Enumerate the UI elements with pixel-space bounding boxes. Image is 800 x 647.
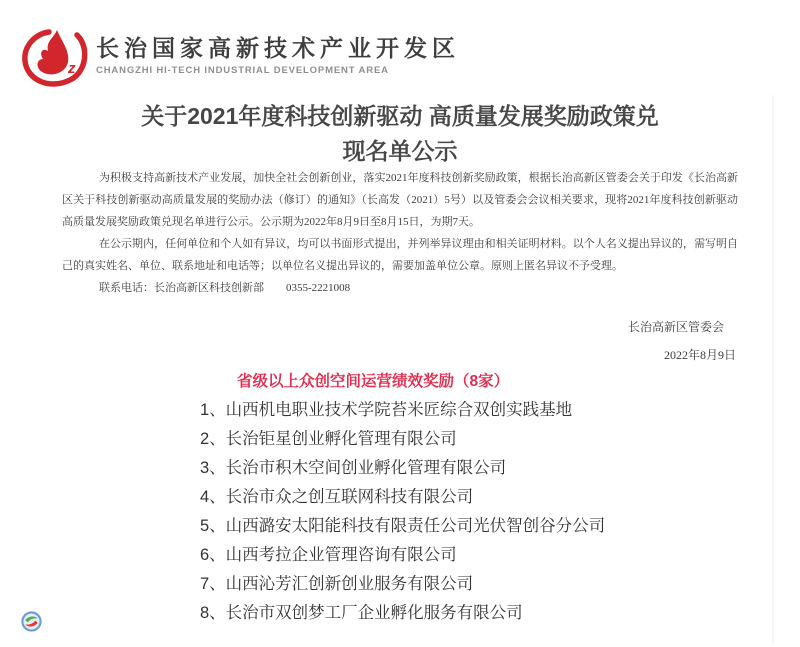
org-name-cn: 长治国家高新技术产业开发区 [96,35,460,61]
award-section-heading: 省级以上众创空间运营绩效奖励（8家） [237,369,509,391]
brand-logo-icon: z [18,26,90,90]
award-list-item: 1、山西机电职业技术学院苔米匠综合双创实践基地 [200,396,605,425]
notice-page: z 长治国家高新技术产业开发区 CHANGZHI HI-TECH INDUSTR… [0,0,800,647]
award-list-item: 4、长治市众之创互联网科技有限公司 [200,483,605,512]
signature-org: 长治高新区管委会 [0,313,800,341]
award-list: 1、山西机电职业技术学院苔米匠综合双创实践基地 2、长治钜星创业孵化管理有限公司… [200,396,605,628]
notice-body: 为积极支持高新技术产业发展，加快全社会创新创业，落实2021年度科技创新奖励政策… [62,167,738,299]
contact-line: 联系电话：长治高新区科技创新部 0355-2221008 [62,277,738,299]
org-name-block: 长治国家高新技术产业开发区 CHANGZHI HI-TECH INDUSTRIA… [96,35,460,76]
award-list-item: 6、山西考拉企业管理咨询有限公司 [200,541,605,570]
notice-paragraph-2: 在公示期内，任何单位和个人如有异议，均可以书面形式提出，并列举异议理由和相关证明… [62,233,738,277]
org-name-en: CHANGZHI HI-TECH INDUSTRIAL DEVELOPMENT … [96,65,460,76]
signature-block: 长治高新区管委会 2022年8月9日 [0,313,800,369]
award-list-item: 7、山西沁芳汇创新创业服务有限公司 [200,570,605,599]
notice-paragraph-1: 为积极支持高新技术产业发展，加快全社会创新创业，落实2021年度科技创新奖励政策… [62,167,738,233]
notice-title: 关于2021年度科技创新驱动 高质量发展奖励政策兑现名单公示 [134,99,666,169]
award-list-item: 2、长治钜星创业孵化管理有限公司 [200,425,605,454]
award-list-item: 8、长治市双创梦工厂企业孵化服务有限公司 [200,599,605,628]
signature-date: 2022年8月9日 [0,341,800,369]
floating-widget-icon[interactable] [21,611,42,632]
award-list-item: 5、山西潞安太阳能科技有限责任公司光伏智创谷分公司 [200,512,605,541]
award-list-item: 3、长治市积木空间创业孵化管理有限公司 [200,454,605,483]
svg-text:z: z [67,60,76,77]
page-edge-line [772,95,774,645]
